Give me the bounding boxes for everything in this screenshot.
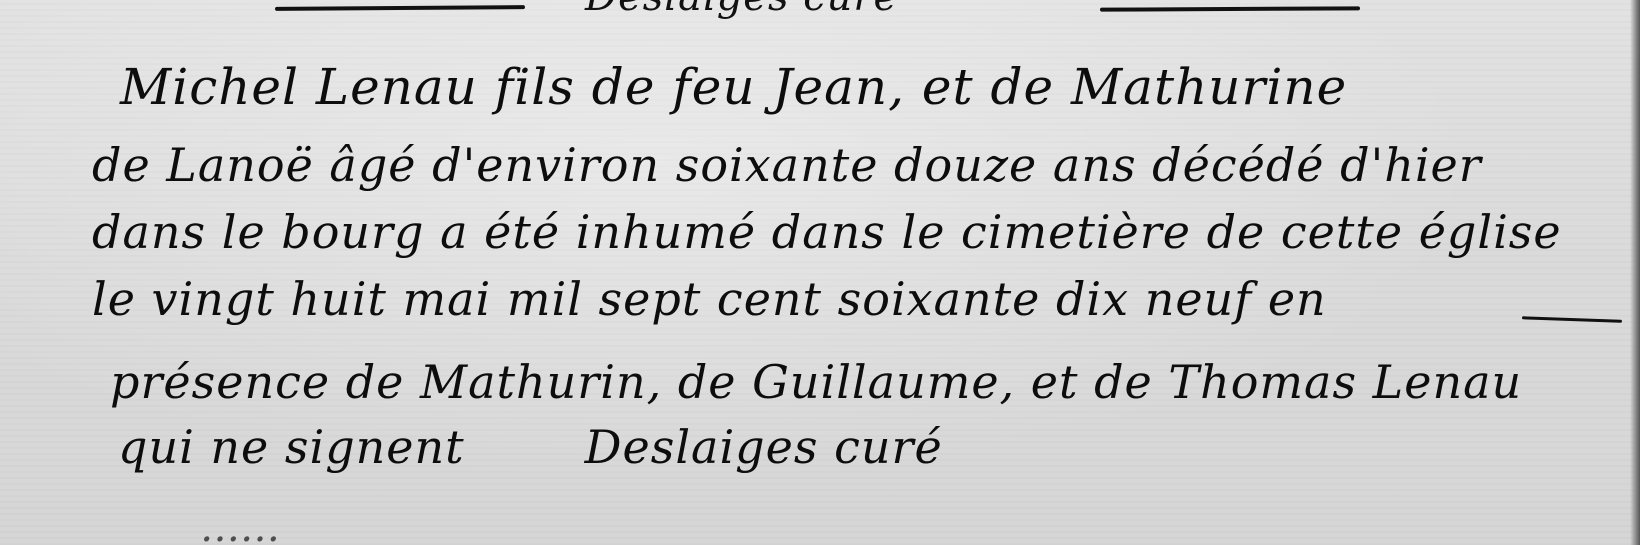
record-line-4: le vingt huit mai mil sept cent soixante… xyxy=(92,272,1327,326)
priest-signature: Deslaiges curé xyxy=(585,420,943,474)
line-filler-dash xyxy=(1522,316,1622,322)
record-line-2: de Lanoë âgé d'environ soixante douze an… xyxy=(92,138,1482,192)
next-entry-fragment: …… xyxy=(200,505,280,545)
previous-entry-signature: Deslaiges curé xyxy=(585,0,898,20)
page-binding-edge xyxy=(1630,0,1640,545)
record-line-1: Michel Lenau fils de feu Jean, et de Mat… xyxy=(120,58,1347,116)
separator-rule-left xyxy=(275,5,525,11)
separator-rule-right xyxy=(1100,6,1360,11)
record-line-6: qui ne signentDeslaiges curé xyxy=(118,420,943,474)
record-line-3: dans le bourg a été inhumé dans le cimet… xyxy=(92,205,1562,259)
witness-note: qui ne signent xyxy=(118,420,465,474)
manuscript-page: Deslaiges curé Michel Lenau fils de feu … xyxy=(0,0,1640,545)
record-line-5: présence de Mathurin, de Guillaume, et d… xyxy=(110,355,1522,409)
